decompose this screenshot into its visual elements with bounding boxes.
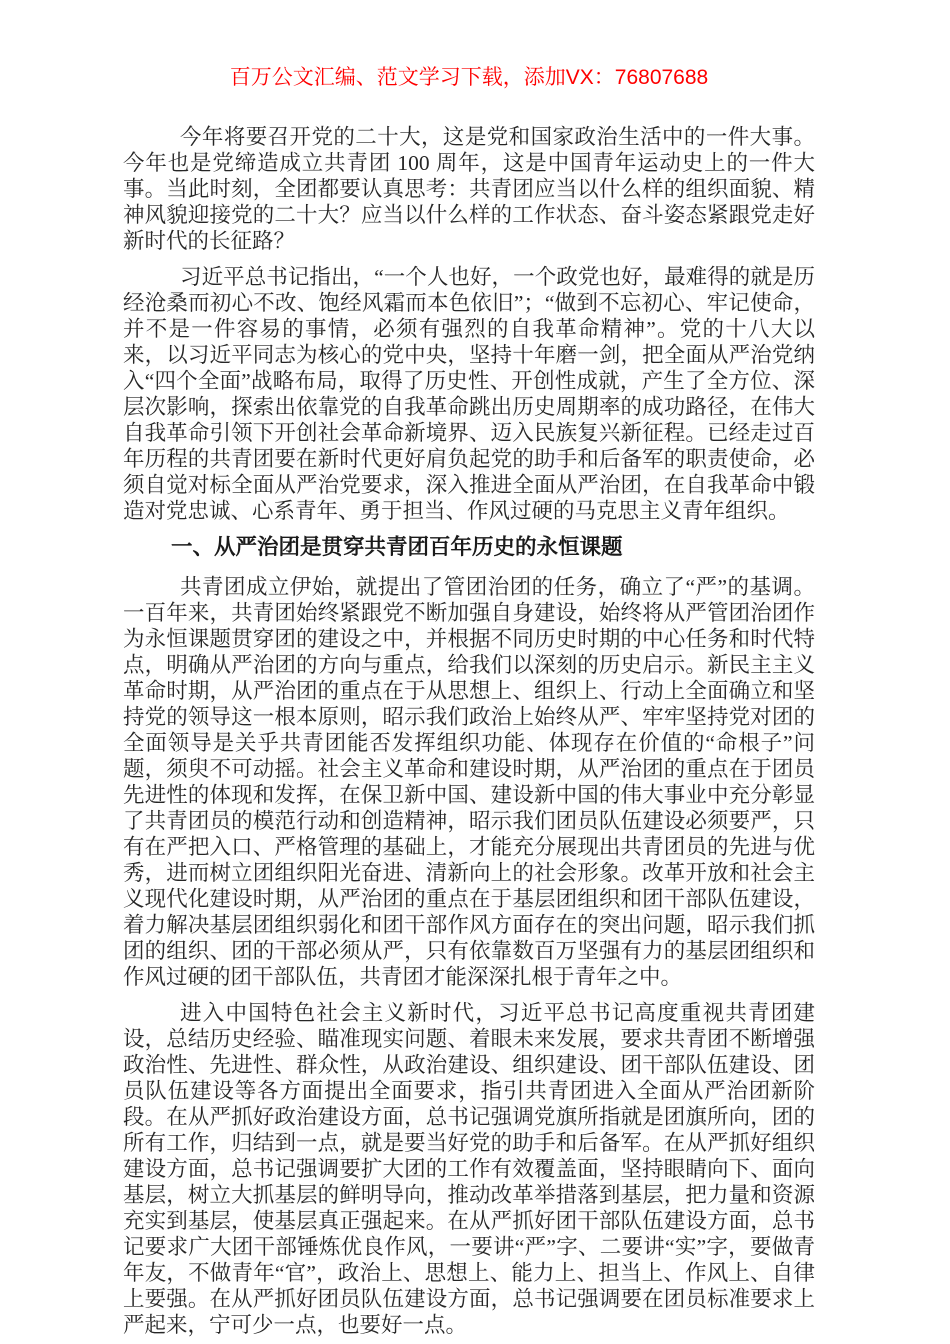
paragraph-history: 共青团成立伊始，就提出了管团治团的任务，确立了“严”的基调。一百年来，共青团始终…	[123, 574, 815, 990]
header-promo-text: 百万公文汇编、范文学习下载，添加VX：76807688	[123, 0, 815, 91]
document-page: 百万公文汇编、范文学习下载，添加VX：76807688 今年将要召开党的二十大，…	[0, 0, 950, 1344]
document-body: 今年将要召开党的二十大，这是党和国家政治生活中的一件大事。今年也是党缔造成立共青…	[123, 124, 815, 1338]
paragraph-quote-xi: 习近平总书记指出，“一个人也好，一个政党也好，最难得的就是历经沧桑而初心不改、饱…	[123, 264, 815, 524]
paragraph-new-era: 进入中国特色社会主义新时代，习近平总书记高度重视共青团建设，总结历史经验、瞄准现…	[123, 1000, 815, 1338]
document-content: 百万公文汇编、范文学习下载，添加VX：76807688 今年将要召开党的二十大，…	[123, 0, 815, 1344]
section-heading: 一、从严治团是贯穿共青团百年历史的永恒课题	[123, 534, 815, 560]
paragraph-intro: 今年将要召开党的二十大，这是党和国家政治生活中的一件大事。今年也是党缔造成立共青…	[123, 124, 815, 254]
